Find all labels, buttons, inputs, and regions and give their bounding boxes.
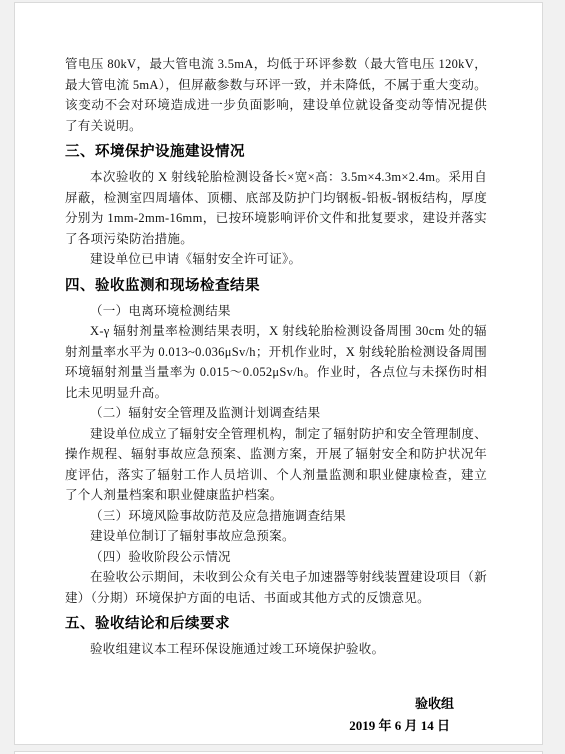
paragraph: 建设单位制订了辐射事故应急预案。 [65,526,487,547]
section-heading-5: 五、验收结论和后续要求 [65,613,487,636]
document-page: 管电压 80kV，最大管电流 3.5mA，均低于环评参数（最大管电压 120kV… [14,2,543,745]
paragraph: 验收组建议本工程环保设施通过竣工环境保护验收。 [65,639,487,660]
signature-block: 验收组 2019 年 6 月 14 日 [65,693,487,737]
paragraph: 建设单位已申请《辐射安全许可证》。 [65,249,487,270]
paragraph-continued: 管电压 80kV，最大管电流 3.5mA，均低于环评参数（最大管电压 120kV… [65,54,487,136]
page-content: 管电压 80kV，最大管电流 3.5mA，均低于环评参数（最大管电压 120kV… [15,3,542,737]
subheading-2: （二）辐射安全管理及监测计划调查结果 [65,403,487,424]
section-heading-3: 三、环境保护设施建设情况 [65,141,487,164]
subheading-4: （四）验收阶段公示情况 [65,547,487,568]
section-heading-4: 四、验收监测和现场检查结果 [65,275,487,298]
signature-date: 2019 年 6 月 14 日 [65,715,450,737]
subheading-1: （一）电离环境检测结果 [65,301,487,322]
document-viewer-canvas: 管电压 80kV，最大管电流 3.5mA，均低于环评参数（最大管电压 120kV… [0,0,565,754]
paragraph: 建设单位成立了辐射安全管理机构，制定了辐射防护和安全管理制度、操作规程、辐射事故… [65,424,487,506]
signature-signer: 验收组 [65,693,454,715]
paragraph: X-γ 辐射剂量率检测结果表明，X 射线轮胎检测设备周围 30cm 处的辐射剂量… [65,321,487,403]
paragraph: 在验收公示期间，未收到公众有关电子加速器等射线装置建设项目（新建）（分期）环境保… [65,567,487,608]
subheading-3: （三）环境风险事故防范及应急措施调查结果 [65,506,487,527]
paragraph: 本次验收的 X 射线轮胎检测设备长×宽×高：3.5m×4.3m×2.4m。采用自… [65,167,487,249]
